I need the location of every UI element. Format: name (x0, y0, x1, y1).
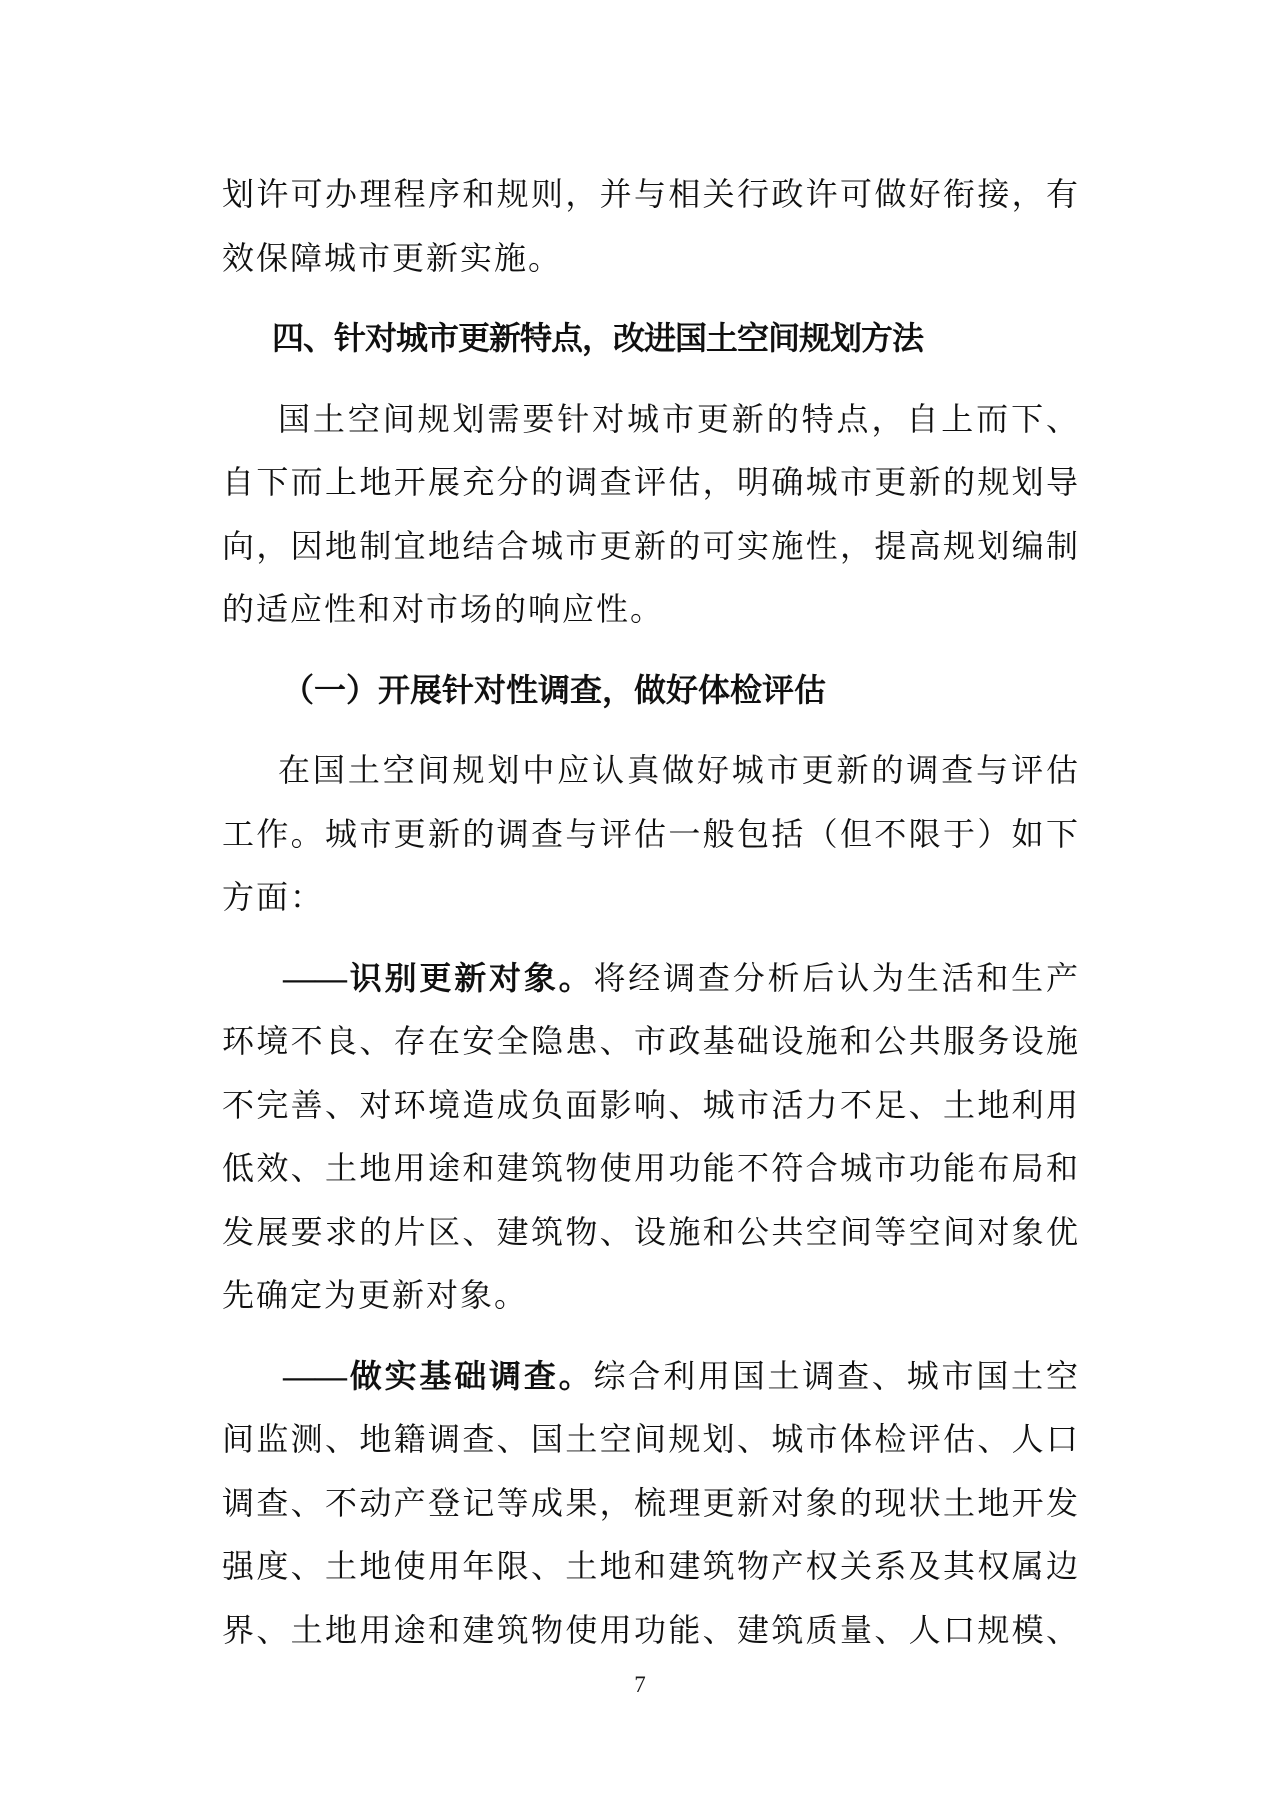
paragraph: ——识别更新对象。将经调查分析后认为生活和生产 环境不良、存在安全隐患、市政基础… (222, 947, 1078, 1328)
lead-in: ——做实基础调查。 (283, 1358, 593, 1394)
text-line: 国土空间规划需要针对城市更新的特点，自上而下、 (222, 388, 1078, 452)
text-line: 界、土地用途和建筑物使用功能、建筑质量、人口规模、 (222, 1599, 1078, 1663)
text-line: 间监测、地籍调查、国土空间规划、城市体检评估、人口 (222, 1408, 1078, 1472)
paragraph: 国土空间规划需要针对城市更新的特点，自上而下、 自下而上地开展充分的调查评估，明… (222, 388, 1078, 642)
document-page: 划许可办理程序和规则，并与相关行政许可做好衔接，有 效保障城市更新实施。 四、针… (0, 0, 1280, 1810)
text-line: 在国土空间规划中应认真做好城市更新的调查与评估 (222, 739, 1078, 803)
text-line: 工作。城市更新的调查与评估一般包括（但不限于）如下 (222, 803, 1078, 867)
text-line: 效保障城市更新实施。 (222, 227, 1078, 291)
text-line: 发展要求的片区、建筑物、设施和公共空间等空间对象优 (222, 1201, 1078, 1265)
text-line: 的适应性和对市场的响应性。 (222, 578, 1078, 642)
lead-rest: 将经调查分析后认为生活和生产 (593, 960, 1078, 996)
text-line: 低效、土地用途和建筑物使用功能不符合城市功能布局和 (222, 1137, 1078, 1201)
text-line: 向，因地制宜地结合城市更新的可实施性，提高规划编制 (222, 515, 1078, 579)
text-line: 不完善、对环境造成负面影响、城市活力不足、土地利用 (222, 1074, 1078, 1138)
text-line: 划许可办理程序和规则，并与相关行政许可做好衔接，有 (222, 163, 1078, 227)
paragraph: 划许可办理程序和规则，并与相关行政许可做好衔接，有 效保障城市更新实施。 (222, 163, 1078, 290)
text-line: 先确定为更新对象。 (222, 1264, 1078, 1328)
lead-rest: 综合利用国土调查、城市国土空 (593, 1358, 1078, 1394)
text-line: 方面： (222, 866, 1078, 930)
section-heading: 四、针对城市更新特点，改进国土空间规划方法 (222, 307, 1078, 371)
text-line: ——做实基础调查。综合利用国土调查、城市国土空 (222, 1345, 1078, 1409)
document-body: 划许可办理程序和规则，并与相关行政许可做好衔接，有 效保障城市更新实施。 四、针… (222, 163, 1078, 1679)
paragraph: ——做实基础调查。综合利用国土调查、城市国土空 间监测、地籍调查、国土空间规划、… (222, 1345, 1078, 1663)
lead-in: ——识别更新对象。 (283, 960, 593, 996)
text-line: 环境不良、存在安全隐患、市政基础设施和公共服务设施 (222, 1010, 1078, 1074)
text-line: 调查、不动产登记等成果，梳理更新对象的现状土地开发 (222, 1472, 1078, 1536)
subsection-heading: （一）开展针对性调查，做好体检评估 (222, 659, 1078, 723)
text-line: 自下而上地开展充分的调查评估，明确城市更新的规划导 (222, 451, 1078, 515)
paragraph: 在国土空间规划中应认真做好城市更新的调查与评估 工作。城市更新的调查与评估一般包… (222, 739, 1078, 930)
page-number: 7 (0, 1672, 1280, 1698)
text-line: ——识别更新对象。将经调查分析后认为生活和生产 (222, 947, 1078, 1011)
text-line: 强度、土地使用年限、土地和建筑物产权关系及其权属边 (222, 1535, 1078, 1599)
